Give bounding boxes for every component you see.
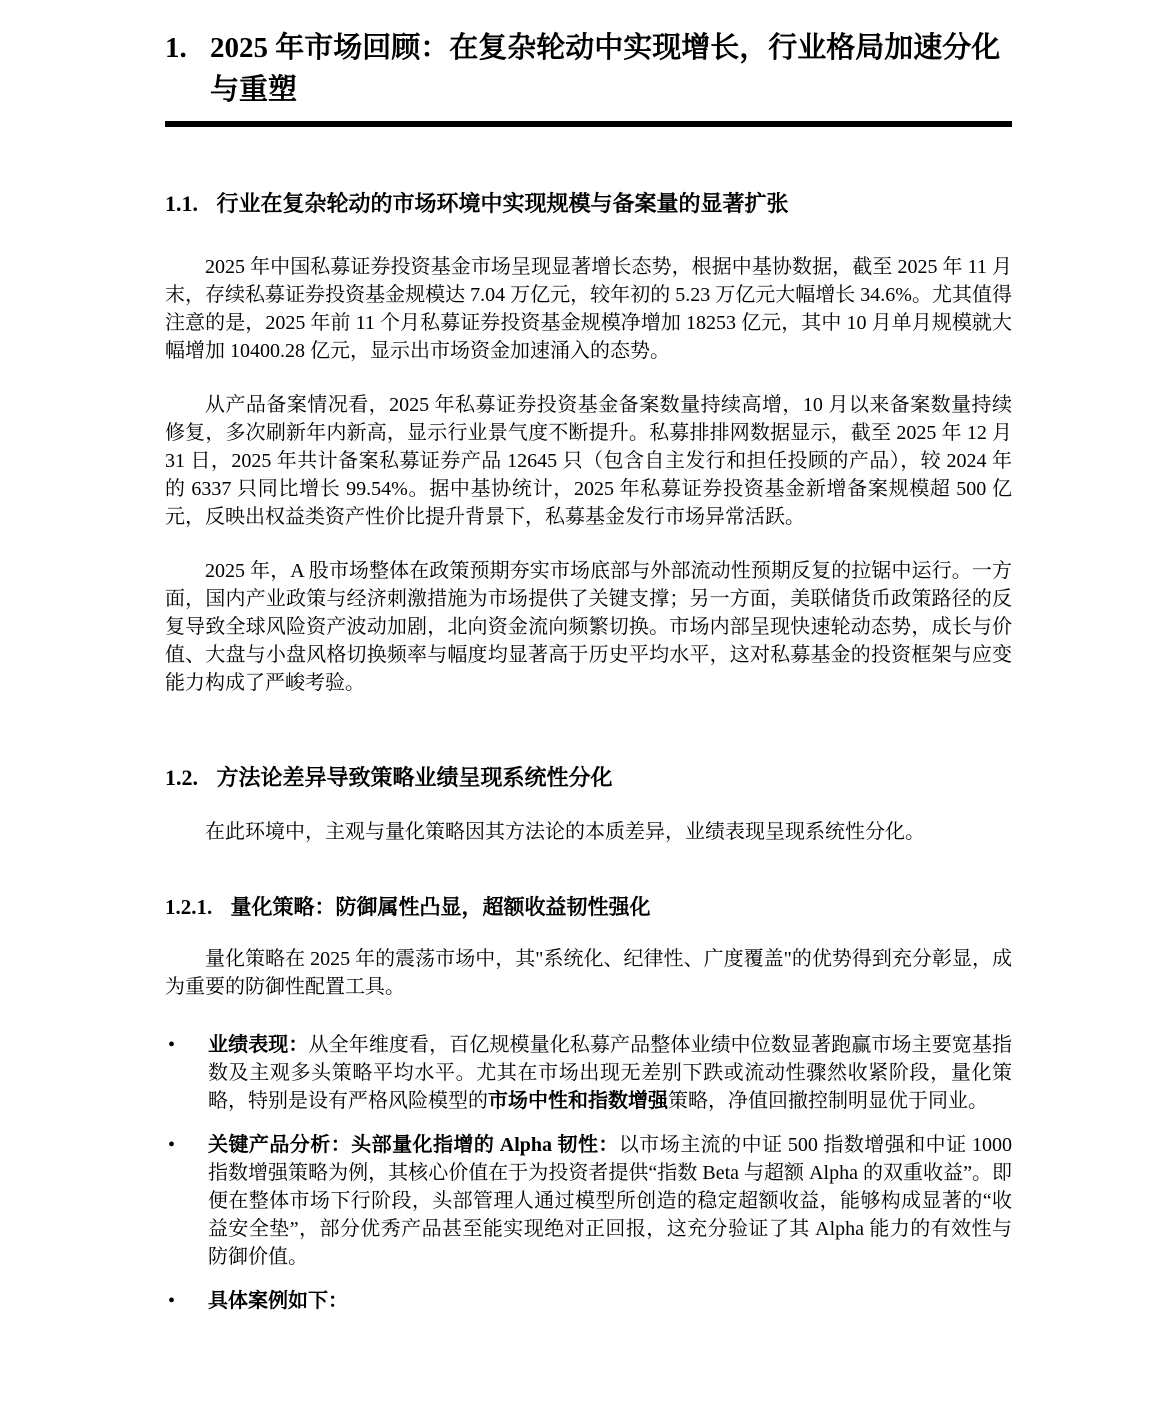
bullet-icon: • xyxy=(165,1131,208,1271)
title-text: 2025 年市场回顾：在复杂轮动中实现增长，行业格局加速分化与重塑 xyxy=(210,27,1012,111)
heading-number: 1.1. xyxy=(165,191,198,216)
heading-text: 量化策略：防御属性凸显，超额收益韧性强化 xyxy=(231,895,651,919)
section-heading-1-1: 1.1. 行业在复杂轮动的市场环境中实现规模与备案量的显著扩张 xyxy=(165,190,1012,218)
text-run: 市场中性和指数增强 xyxy=(488,1090,668,1112)
title-number: 1. xyxy=(165,27,210,111)
list-item-text: 具体案例如下： xyxy=(208,1287,1012,1315)
bullet-icon: • xyxy=(165,1031,208,1115)
title-divider xyxy=(165,121,1012,127)
heading-text: 行业在复杂轮动的市场环境中实现规模与备案量的显著扩张 xyxy=(217,191,789,216)
list-item-text: 业绩表现：从全年维度看，百亿规模量化私募产品整体业绩中位数显著跑赢市场主要宽基指… xyxy=(208,1031,1012,1115)
paragraph-methodology: 在此环境中，主观与量化策略因其方法论的本质差异，业绩表现呈现系统性分化。 xyxy=(165,818,1012,846)
list-item-text: 关键产品分析：头部量化指增的 Alpha 韧性：以市场主流的中证 500 指数增… xyxy=(208,1131,1012,1271)
text-run: 关键产品分析：头部量化指增的 Alpha 韧性： xyxy=(208,1134,619,1156)
heading-text: 方法论差异导致策略业绩呈现系统性分化 xyxy=(217,765,613,790)
heading-number: 1.2.1. xyxy=(165,895,212,919)
bullet-icon: • xyxy=(165,1287,208,1315)
paragraph-a-share-market: 2025 年，A 股市场整体在政策预期夯实市场底部与外部流动性预期反复的拉锯中运… xyxy=(165,557,1012,697)
paragraph-market-scale: 2025 年中国私募证券投资基金市场呈现显著增长态势，根据中基协数据，截至 20… xyxy=(165,253,1012,365)
paragraph-product-filing: 从产品备案情况看，2025 年私募证券投资基金备案数量持续高增，10 月以来备案… xyxy=(165,391,1012,531)
list-item-performance: • 业绩表现：从全年维度看，百亿规模量化私募产品整体业绩中位数显著跑赢市场主要宽… xyxy=(165,1031,1012,1115)
text-run: 具体案例如下： xyxy=(208,1290,348,1312)
bullet-list: • 业绩表现：从全年维度看，百亿规模量化私募产品整体业绩中位数显著跑赢市场主要宽… xyxy=(165,1031,1012,1315)
paragraph-quant-strategy: 量化策略在 2025 年的震荡市场中，其"系统化、纪律性、广度覆盖"的优势得到充… xyxy=(165,945,1012,1001)
list-item-case-intro: • 具体案例如下： xyxy=(165,1287,1012,1315)
section-heading-1-2-1: 1.2.1. 量化策略：防御属性凸显，超额收益韧性强化 xyxy=(165,893,1012,921)
document-page: 1. 2025 年市场回顾：在复杂轮动中实现增长，行业格局加速分化与重塑 1.1… xyxy=(0,0,1160,1416)
text-run: 业绩表现： xyxy=(208,1034,309,1056)
text-run: 策略，净值回撤控制明显优于同业。 xyxy=(668,1090,988,1112)
heading-number: 1.2. xyxy=(165,765,198,790)
section-heading-1-2: 1.2. 方法论差异导致策略业绩呈现系统性分化 xyxy=(165,764,1012,792)
document-title: 1. 2025 年市场回顾：在复杂轮动中实现增长，行业格局加速分化与重塑 xyxy=(165,27,1012,111)
list-item-key-product-analysis: • 关键产品分析：头部量化指增的 Alpha 韧性：以市场主流的中证 500 指… xyxy=(165,1131,1012,1271)
